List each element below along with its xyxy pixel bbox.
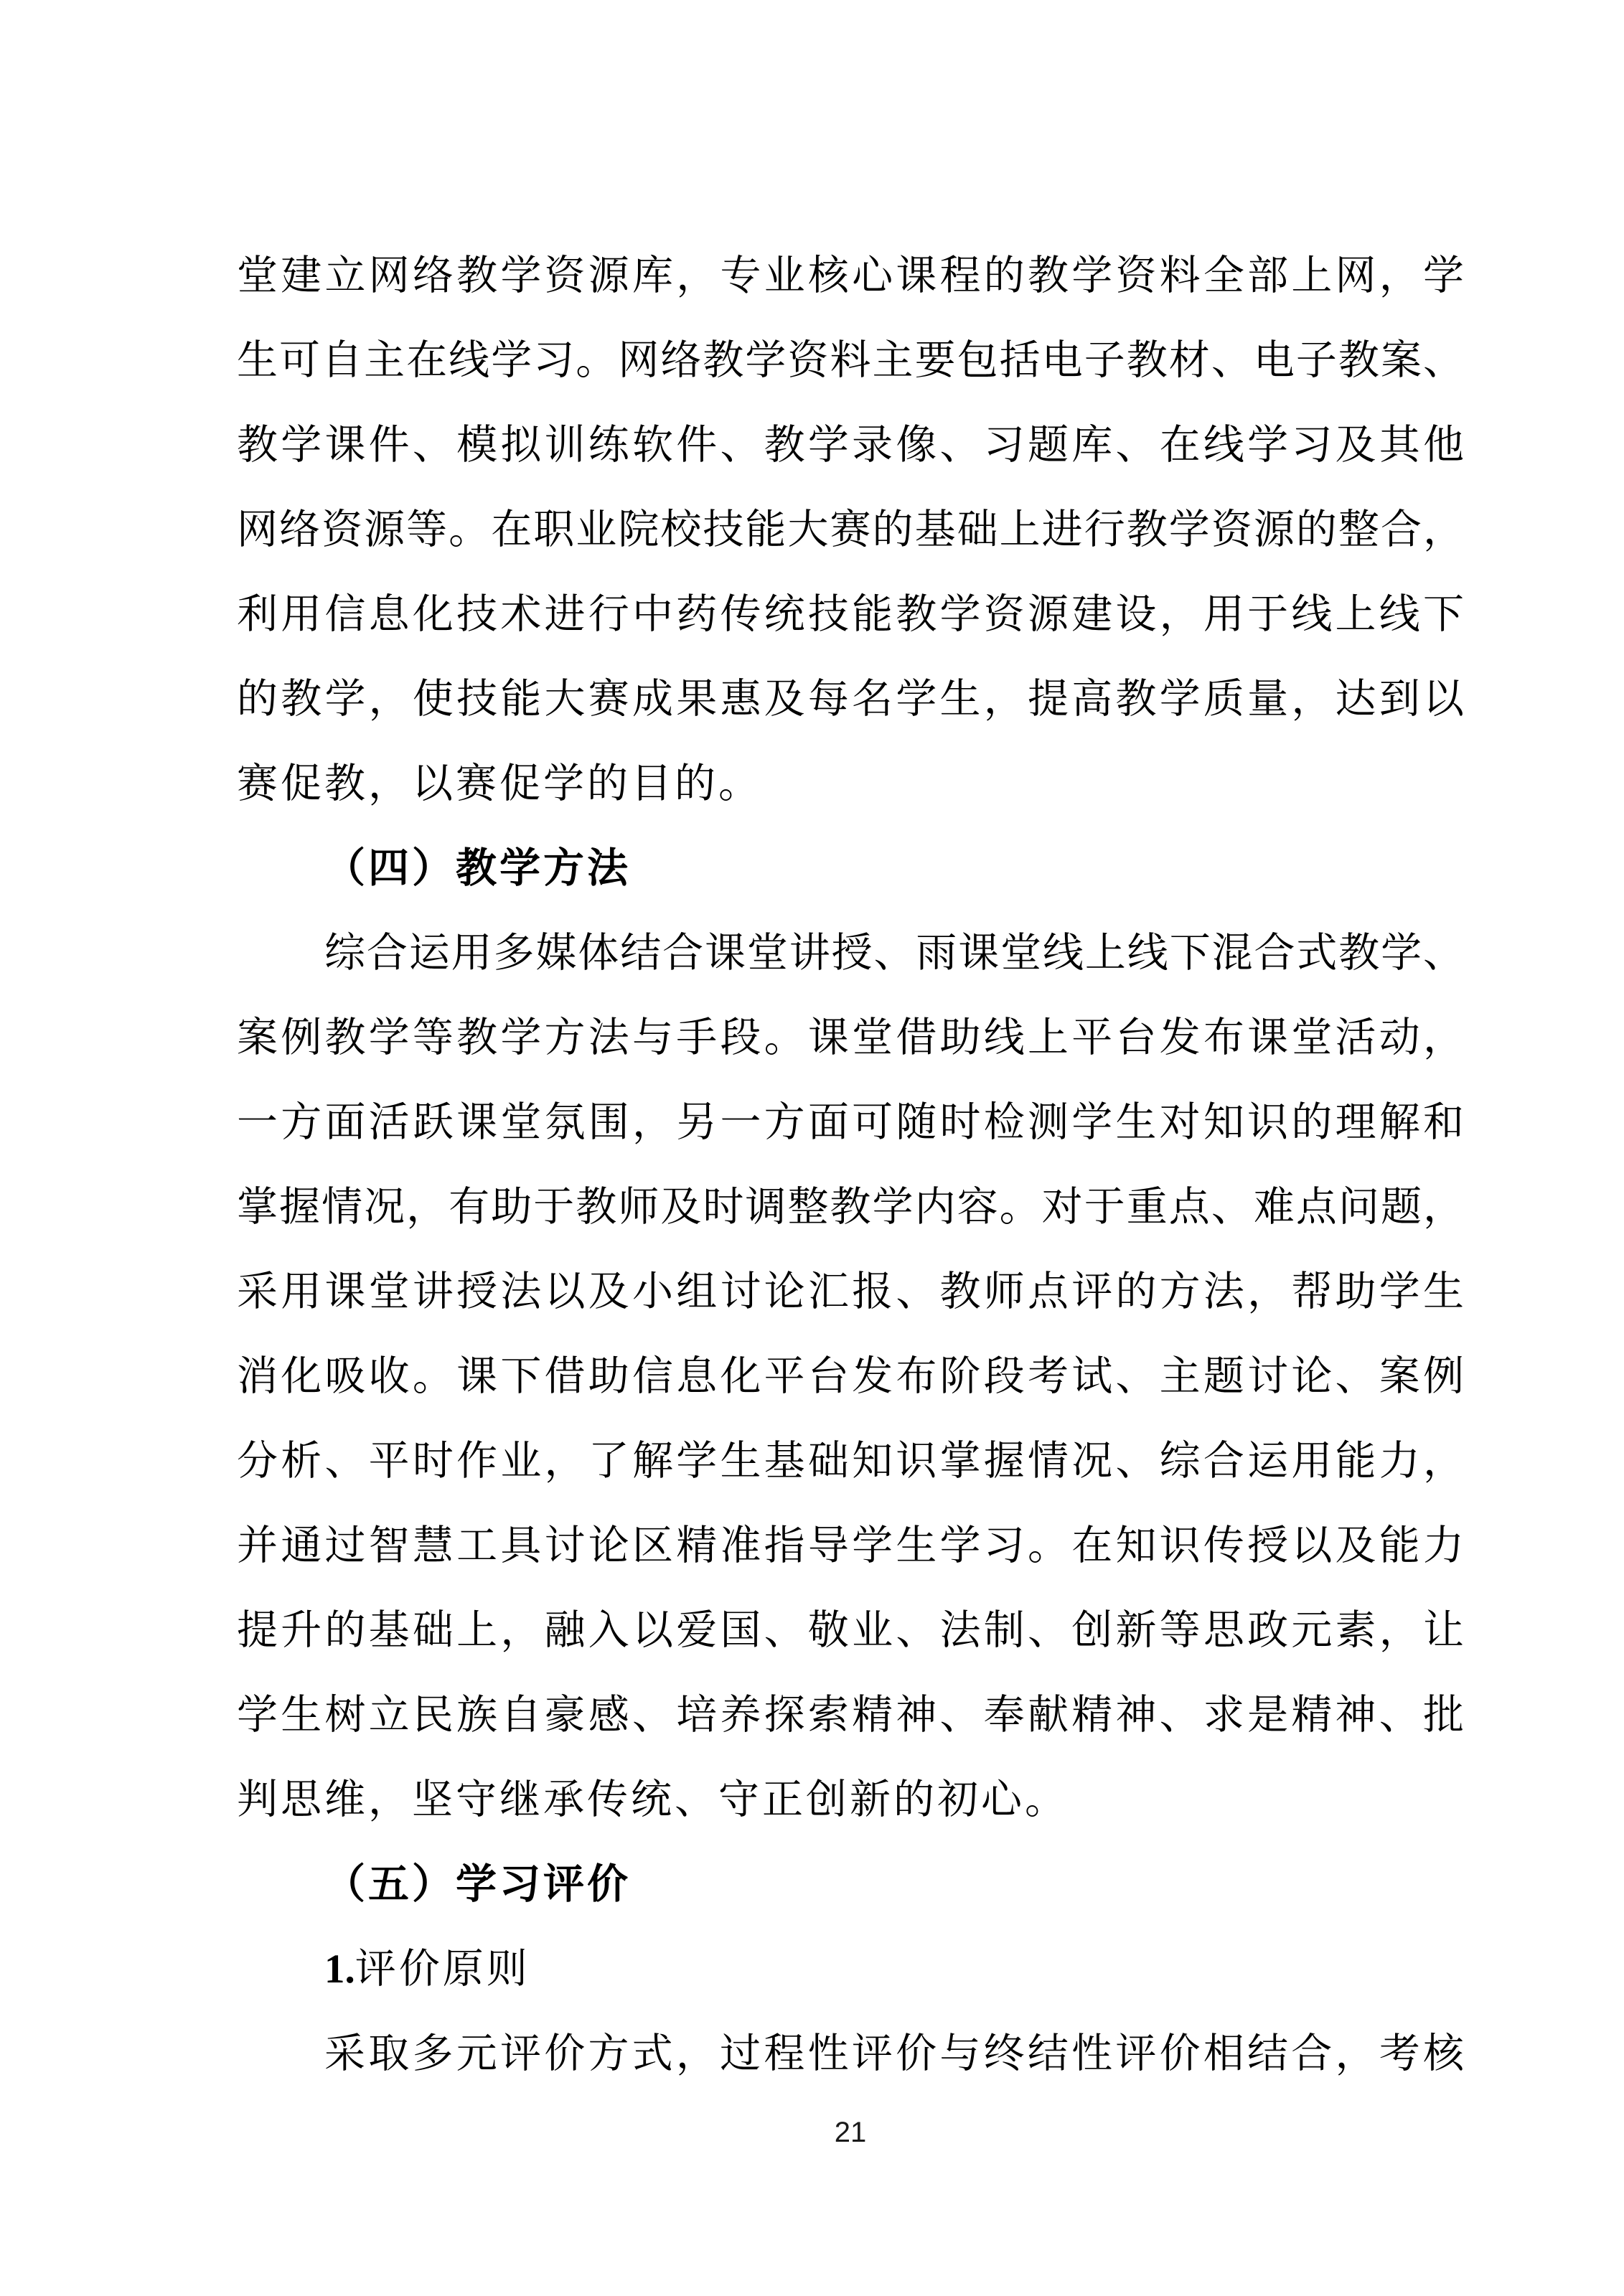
- body-line: 学生树立民族自豪感、培养探索精神、奉献精神、求是精神、批: [237, 1673, 1464, 1758]
- body-line: 教学课件、模拟训练软件、教学录像、习题库、在线学习及其他: [237, 403, 1464, 488]
- subsection-heading-evaluation-principles: 1.评价原则: [237, 1927, 1464, 2012]
- paragraph-end-line: 赛促教，以赛促学的目的。: [237, 742, 1464, 827]
- body-line: 生可自主在线学习。网络教学资料主要包括电子教材、电子教案、: [237, 319, 1464, 403]
- paragraph-end-line: 判思维，坚守继承传统、守正创新的初心。: [237, 1758, 1464, 1843]
- body-line: 掌握情况，有助于教师及时调整教学内容。对于重点、难点问题，: [237, 1165, 1464, 1250]
- body-line: 一方面活跃课堂氛围，另一方面可随时检测学生对知识的理解和: [237, 1081, 1464, 1165]
- body-line: 分析、平时作业，了解学生基础知识掌握情况、综合运用能力，: [237, 1419, 1464, 1504]
- document-body: 堂建立网络教学资源库，专业核心课程的教学资料全部上网，学 生可自主在线学习。网络…: [237, 234, 1464, 2097]
- body-line: 利用信息化技术进行中药传统技能教学资源建设，用于线上线下: [237, 573, 1464, 657]
- subsection-number: 1.: [324, 1947, 355, 1992]
- body-line: 提升的基础上，融入以爱国、敬业、法制、创新等思政元素，让: [237, 1589, 1464, 1673]
- body-line: 采用课堂讲授法以及小组讨论汇报、教师点评的方法，帮助学生: [237, 1250, 1464, 1335]
- page-number: 21: [237, 2115, 1464, 2150]
- body-line: 堂建立网络教学资源库，专业核心课程的教学资料全部上网，学: [237, 234, 1464, 319]
- body-line: 采取多元评价方式，过程性评价与终结性评价相结合，考核: [237, 2012, 1464, 2097]
- body-line: 消化吸收。课下借助信息化平台发布阶段考试、主题讨论、案例: [237, 1335, 1464, 1419]
- section-heading-learning-evaluation: （五）学习评价: [237, 1843, 1464, 1927]
- body-line: 案例教学等教学方法与手段。课堂借助线上平台发布课堂活动，: [237, 996, 1464, 1081]
- body-line: 综合运用多媒体结合课堂讲授、雨课堂线上线下混合式教学、: [237, 911, 1464, 996]
- section-heading-teaching-methods: （四）教学方法: [237, 827, 1464, 911]
- body-line: 网络资源等。在职业院校技能大赛的基础上进行教学资源的整合，: [237, 488, 1464, 573]
- document-page: 堂建立网络教学资源库，专业核心课程的教学资料全部上网，学 生可自主在线学习。网络…: [0, 0, 1624, 2296]
- body-line: 的教学，使技能大赛成果惠及每名学生，提高教学质量，达到以: [237, 657, 1464, 742]
- body-line: 并通过智慧工具讨论区精准指导学生学习。在知识传授以及能力: [237, 1504, 1464, 1589]
- subsection-title: 评价原则: [355, 1947, 530, 1992]
